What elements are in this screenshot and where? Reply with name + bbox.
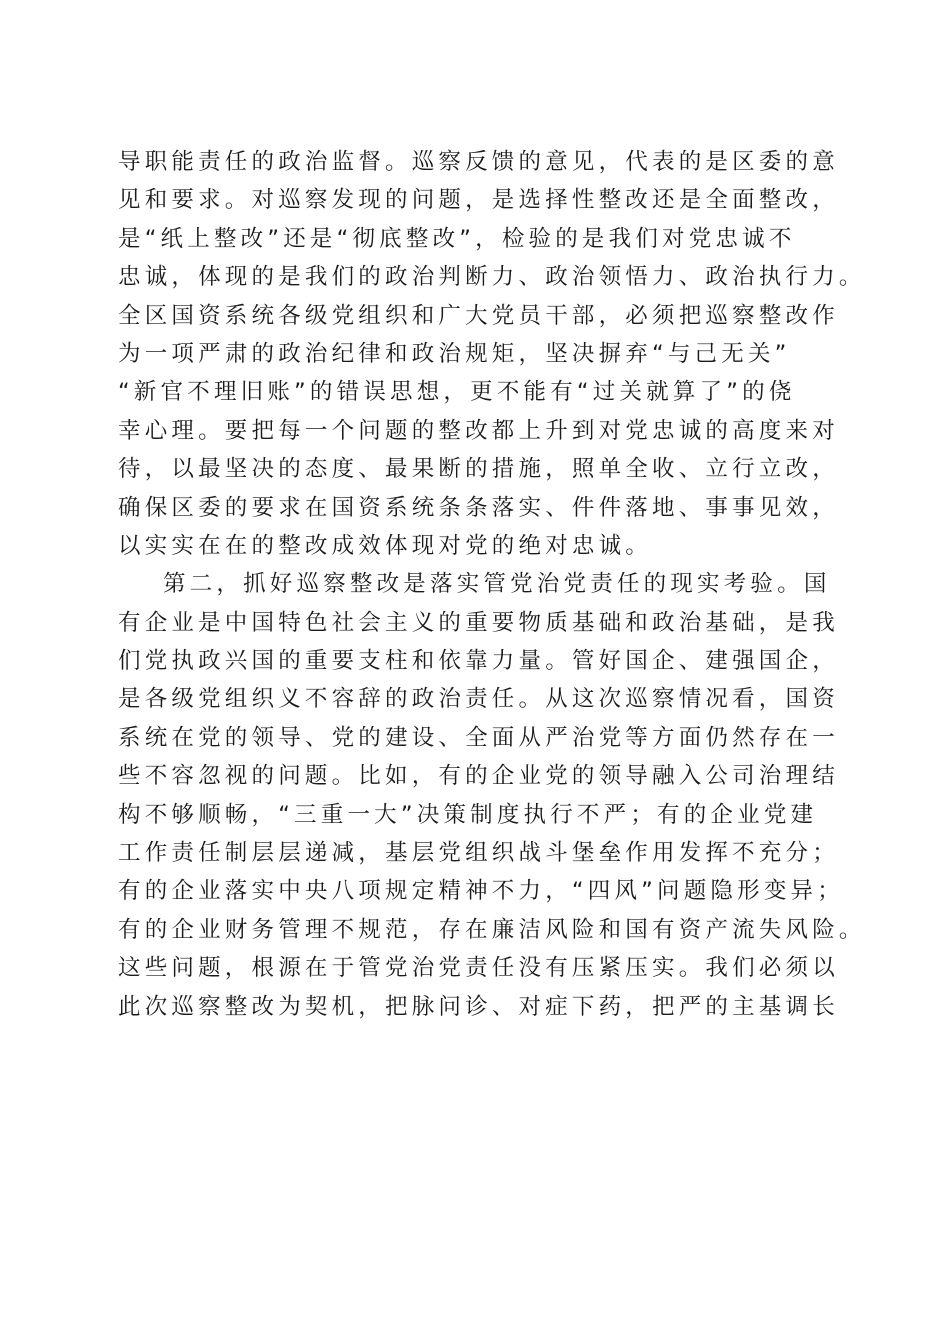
text-line: 们党执政兴国的重要支柱和依靠力量。管好国企、建强国企， <box>118 642 830 680</box>
text-line: 这些问题，根源在于管党治党责任没有压紧压实。我们必须以 <box>118 949 830 987</box>
text-line: 幸心理。要把每一个问题的整改都上升到对党忠诚的高度来对 <box>118 412 830 450</box>
text-line: 系统在党的领导、党的建设、全面从严治党等方面仍然存在一 <box>118 719 830 757</box>
text-line: 有的企业财务管理不规范，存在廉洁风险和国有资产流失风险。 <box>118 911 830 949</box>
text-fragment: 国 <box>804 571 831 597</box>
section-heading: 第二，抓好巡察整改是落实管党治党责任的现实考验。 <box>163 571 804 597</box>
text-line: “新官不理旧账”的错误思想，更不能有“过关就算了”的侥 <box>118 373 830 411</box>
text-line: 确保区委的要求在国资系统条条落实、件件落地、事事见效， <box>118 489 830 527</box>
text-line: 构不够顺畅，“三重一大”决策制度执行不严；有的企业党建 <box>118 796 830 834</box>
text-line: 以实实在在的整改成效体现对党的绝对忠诚。 <box>118 527 830 565</box>
paragraph-1: 导职能责任的政治监督。巡察反馈的意见，代表的是区委的意 见和要求。对巡察发现的问… <box>118 143 830 565</box>
text-line: 见和要求。对巡察发现的问题，是选择性整改还是全面整改， <box>118 181 830 219</box>
paragraph-heading-line: 第二，抓好巡察整改是落实管党治党责任的现实考验。国 <box>118 565 830 603</box>
paragraph-2: 第二，抓好巡察整改是落实管党治党责任的现实考验。国 有企业是中国特色社会主义的重… <box>118 565 830 1026</box>
text-line: 是“纸上整改”还是“彻底整改”，检验的是我们对党忠诚不 <box>118 220 830 258</box>
text-line: 导职能责任的政治监督。巡察反馈的意见，代表的是区委的意 <box>118 143 830 181</box>
text-line: 此次巡察整改为契机，把脉问诊、对症下药，把严的主基调长 <box>118 988 830 1026</box>
text-line: 有的企业落实中央八项规定精神不力，“四风”问题隐形变异； <box>118 872 830 910</box>
document-page: 导职能责任的政治监督。巡察反馈的意见，代表的是区委的意 见和要求。对巡察发现的问… <box>118 143 830 1026</box>
text-line: 忠诚，体现的是我们的政治判断力、政治领悟力、政治执行力。 <box>118 258 830 296</box>
text-line: 有企业是中国特色社会主义的重要物质基础和政治基础，是我 <box>118 604 830 642</box>
text-line: 是各级党组织义不容辞的政治责任。从这次巡察情况看，国资 <box>118 680 830 718</box>
text-line: 工作责任制层层递减，基层党组织战斗堡垒作用发挥不充分； <box>118 834 830 872</box>
text-line: 些不容忽视的问题。比如，有的企业党的领导融入公司治理结 <box>118 757 830 795</box>
text-line: 全区国资系统各级党组织和广大党员干部，必须把巡察整改作 <box>118 297 830 335</box>
text-line: 为一项严肃的政治纪律和政治规矩，坚决摒弃“与己无关” <box>118 335 830 373</box>
text-line: 待，以最坚决的态度、最果断的措施，照单全收、立行立改， <box>118 450 830 488</box>
